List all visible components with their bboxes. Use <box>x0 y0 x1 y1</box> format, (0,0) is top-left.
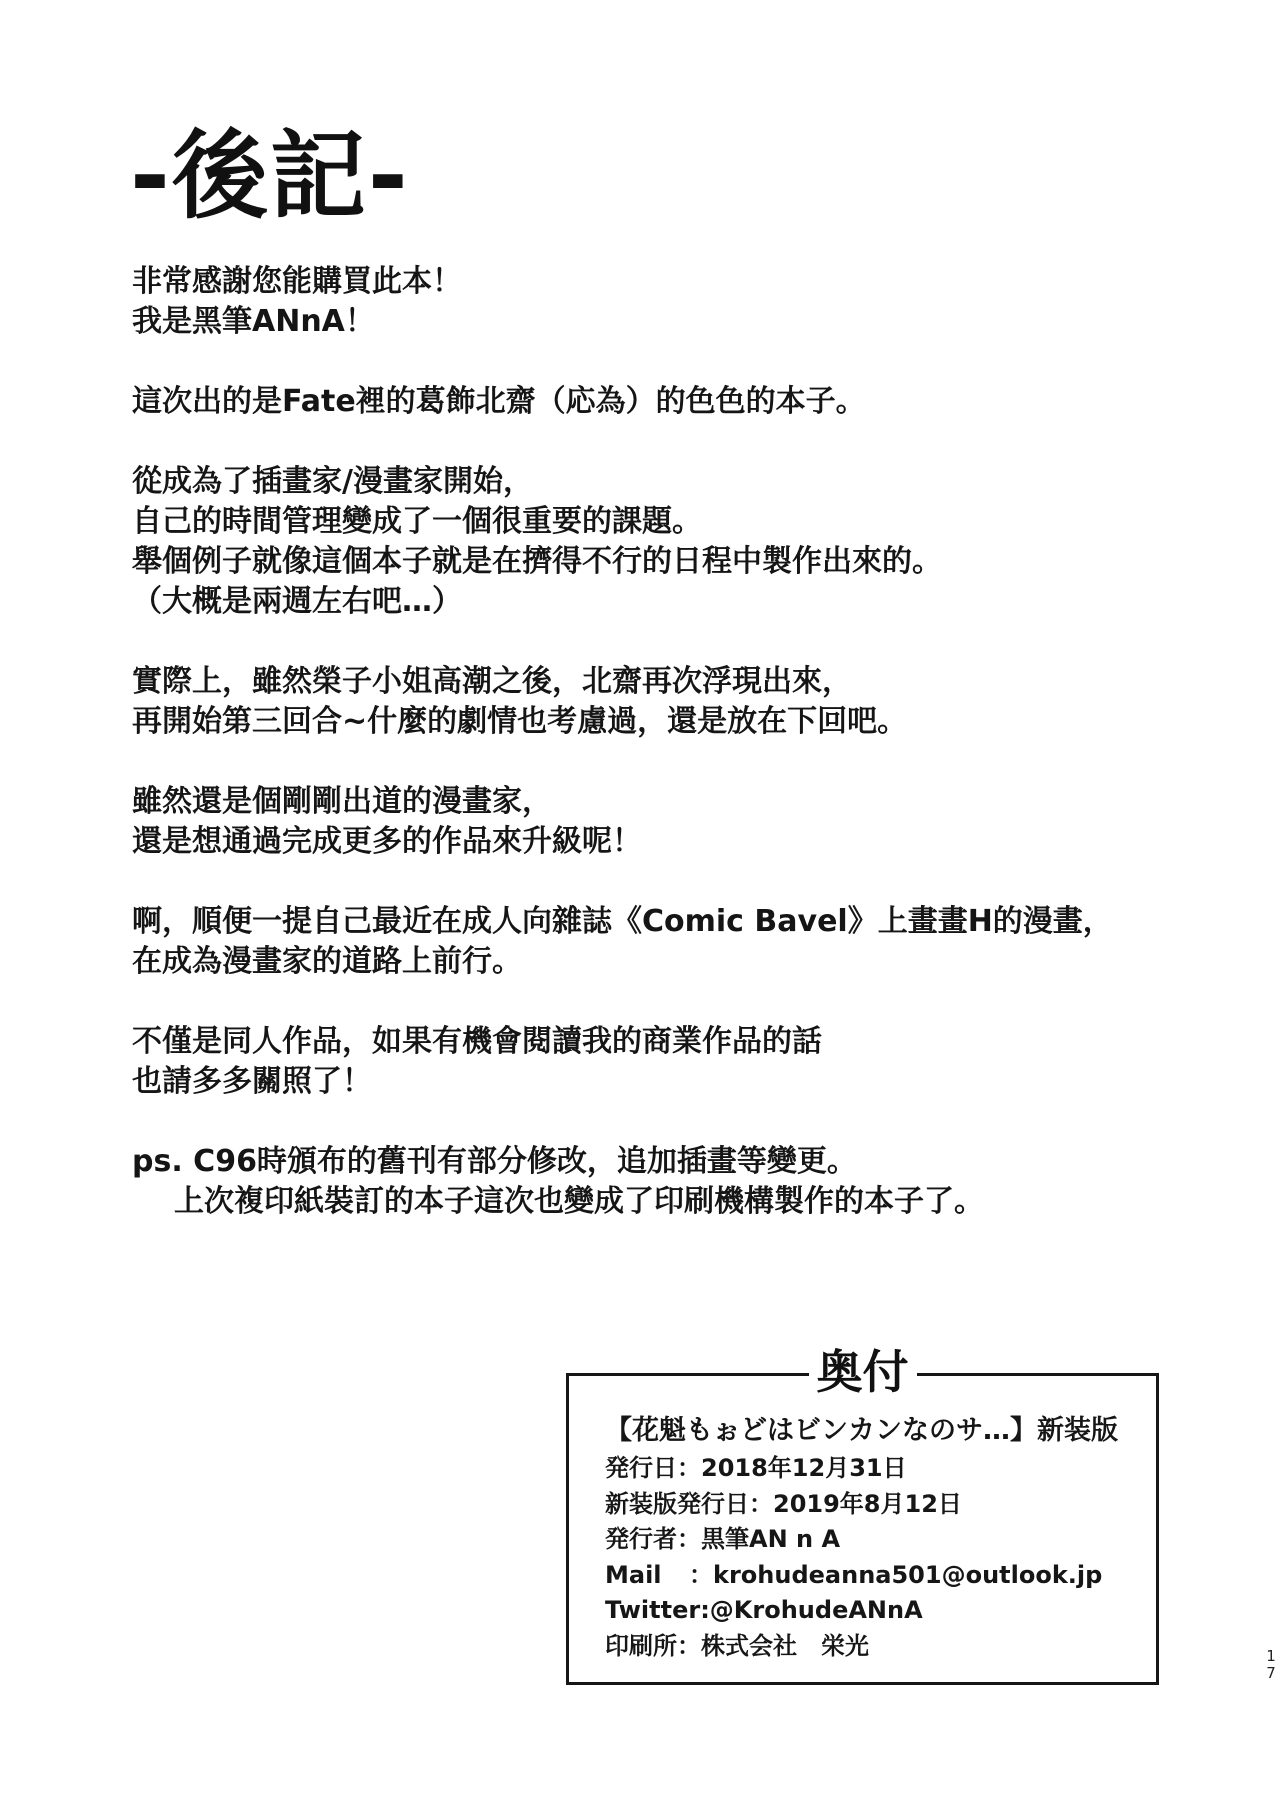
colophon-row-publisher: 発行者：黒筆AN n A <box>605 1522 1146 1558</box>
text-line: 這次出的是Fate裡的葛飾北齋（応為）的色色的本子。 <box>132 382 1192 422</box>
colophon-label: 印刷所： <box>605 1629 701 1665</box>
text-line: 再開始第三回合~什麼的劇情也考慮過，還是放在下回吧。 <box>132 702 1192 742</box>
colophon-details: 【花魁もぉどはビンカンなのサ…】新装版 発行日：2018年12月31日 新装版発… <box>605 1412 1146 1664</box>
colophon-value: 株式会社 栄光 <box>701 1632 869 1660</box>
page-number-digit: 1 <box>1264 1648 1278 1665</box>
text-line: 我是黑筆ANnA！ <box>132 302 1192 342</box>
colophon-value: 2018年12月31日 <box>701 1454 907 1482</box>
colophon-value: 黒筆AN n A <box>701 1525 840 1553</box>
page-title: -後記- <box>130 128 410 224</box>
colophon-twitter-handle: @KrohudeANnA <box>710 1596 923 1624</box>
afterword-paragraph-subject: 這次出的是Fate裡的葛飾北齋（応為）的色色的本子。 <box>132 382 1192 422</box>
colophon-row-new-edition-date: 新装版発行日：2019年8月12日 <box>605 1487 1146 1523</box>
text-line: 在成為漫畫家的道路上前行。 <box>132 942 1192 982</box>
colophon-label: 発行者： <box>605 1522 701 1558</box>
afterword-paragraph-magazine: 啊，順便一提自己最近在成人向雜誌《Comic Bavel》上畫畫H的漫畫， 在成… <box>132 902 1192 982</box>
colophon-label: 発行日： <box>605 1451 701 1487</box>
text-line: 自己的時間管理變成了一個很重要的課題。 <box>132 502 1192 542</box>
colophon-row-mail: Mail：krohudeanna501@outlook.jp <box>605 1558 1146 1594</box>
colophon-box: 奥付 【花魁もぉどはビンカンなのサ…】新装版 発行日：2018年12月31日 新… <box>566 1373 1159 1685</box>
text-line: 非常感謝您能購買此本！ <box>132 262 1192 302</box>
afterword-paragraph-greeting: 非常感謝您能購買此本！ 我是黑筆ANnA！ <box>132 262 1192 342</box>
colophon-separator: ： <box>689 1561 713 1589</box>
colophon-book-title: 【花魁もぉどはビンカンなのサ…】新装版 <box>605 1412 1146 1450</box>
colophon-label: Mail <box>605 1558 689 1594</box>
text-line: 上次複印紙裝訂的本子這次也變成了印刷機構製作的本子了。 <box>132 1182 1192 1222</box>
colophon-row-printer: 印刷所：株式会社 栄光 <box>605 1629 1146 1665</box>
page-number: 1 7 <box>1264 1648 1278 1682</box>
colophon-row-twitter: Twitter:@KrohudeANnA <box>605 1593 1146 1629</box>
afterword-paragraph-commercial-works: 不僅是同人作品，如果有機會閱讀我的商業作品的話 也請多多關照了！ <box>132 1022 1192 1102</box>
colophon-value: 2019年8月12日 <box>773 1490 962 1518</box>
colophon-label: 新装版発行日： <box>605 1487 773 1523</box>
afterword-body: 非常感謝您能購買此本！ 我是黑筆ANnA！ 這次出的是Fate裡的葛飾北齋（応為… <box>132 262 1192 1262</box>
text-line: 也請多多關照了！ <box>132 1062 1192 1102</box>
afterword-paragraph-story-notes: 實際上，雖然榮子小姐高潮之後，北齋再次浮現出來， 再開始第三回合~什麼的劇情也考… <box>132 662 1192 742</box>
text-line: （大概是兩週左右吧…） <box>132 582 1192 622</box>
afterword-paragraph-goals: 雖然還是個剛剛出道的漫畫家， 還是想通過完成更多的作品來升級呢！ <box>132 782 1192 862</box>
colophon-email: krohudeanna501@outlook.jp <box>713 1561 1102 1589</box>
colophon-title: 奥付 <box>809 1342 917 1402</box>
afterword-postscript: ps. C96時頒布的舊刊有部分修改，追加插畫等變更。 上次複印紙裝訂的本子這次… <box>132 1142 1192 1222</box>
text-line: ps. C96時頒布的舊刊有部分修改，追加插畫等變更。 <box>132 1142 1192 1182</box>
text-line: 舉個例子就像這個本子就是在擠得不行的日程中製作出來的。 <box>132 542 1192 582</box>
colophon-label: Twitter: <box>605 1593 710 1629</box>
afterword-paragraph-time-management: 從成為了插畫家/漫畫家開始， 自己的時間管理變成了一個很重要的課題。 舉個例子就… <box>132 462 1192 622</box>
text-line: 還是想通過完成更多的作品來升級呢！ <box>132 822 1192 862</box>
text-line: 不僅是同人作品，如果有機會閱讀我的商業作品的話 <box>132 1022 1192 1062</box>
text-line: 實際上，雖然榮子小姐高潮之後，北齋再次浮現出來， <box>132 662 1192 702</box>
text-line: 從成為了插畫家/漫畫家開始， <box>132 462 1192 502</box>
text-line: 雖然還是個剛剛出道的漫畫家， <box>132 782 1192 822</box>
colophon-row-publish-date: 発行日：2018年12月31日 <box>605 1451 1146 1487</box>
page-number-digit: 7 <box>1264 1665 1278 1682</box>
text-line: 啊，順便一提自己最近在成人向雜誌《Comic Bavel》上畫畫H的漫畫， <box>132 902 1192 942</box>
